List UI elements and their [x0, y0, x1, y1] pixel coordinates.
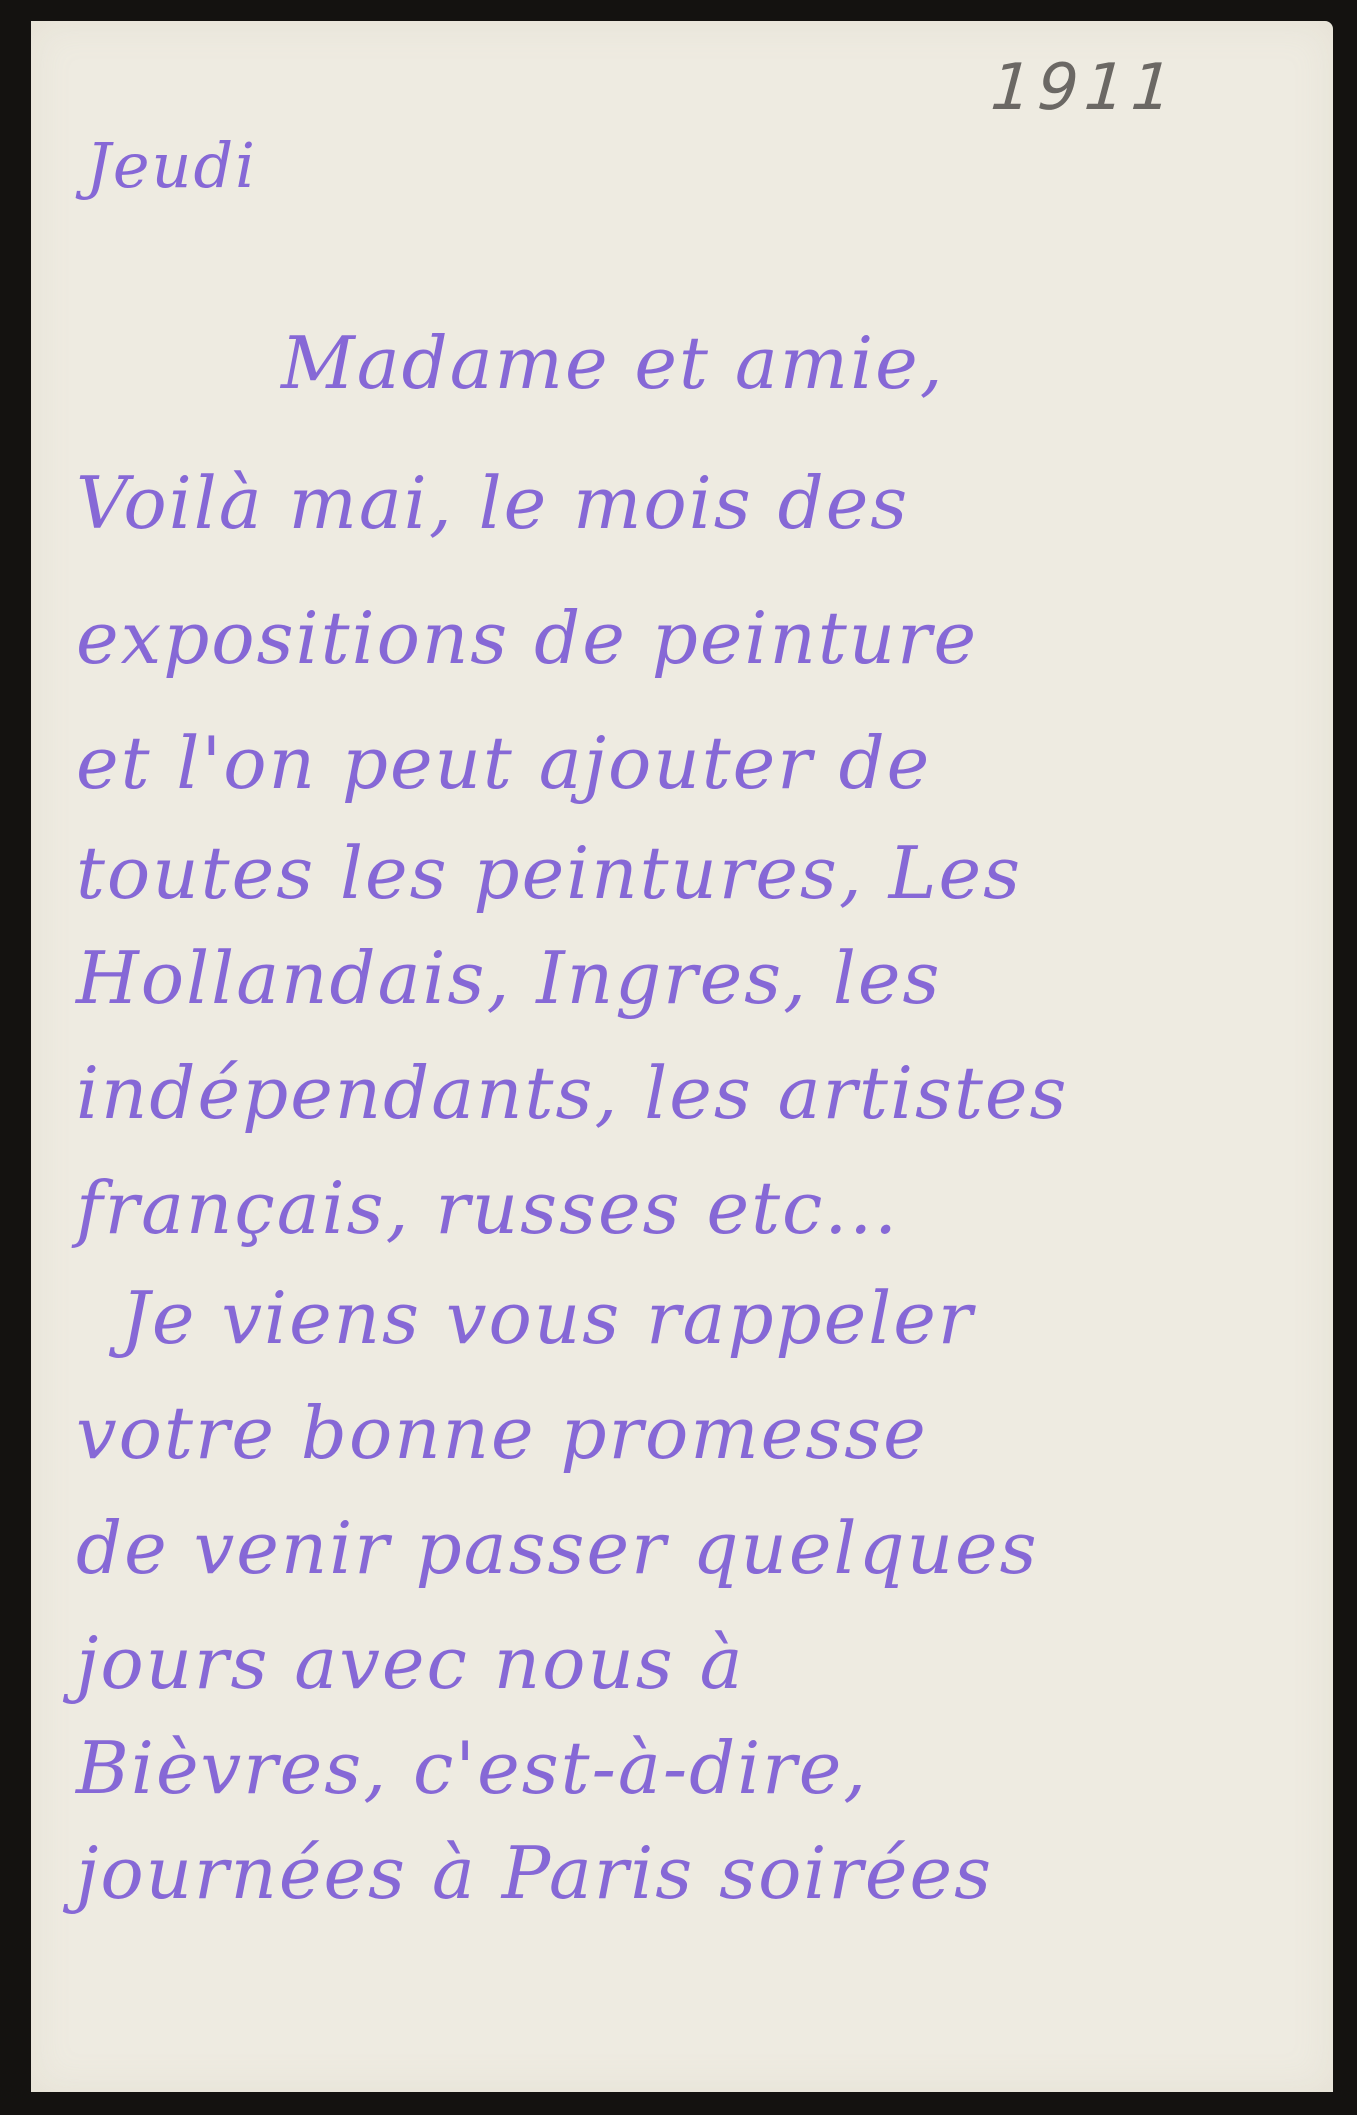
letter-line: et l'on peut ajouter de: [76, 721, 931, 805]
letter-line: Bièvres, c'est-à-dire,: [76, 1726, 868, 1810]
letter-line: Je viens vous rappeler: [121, 1276, 974, 1360]
letter-line: français, russes etc...: [76, 1166, 899, 1250]
letter-line: toutes les peintures, Les: [76, 831, 1022, 915]
letter-line: jours avec nous à: [76, 1621, 745, 1705]
letter-line: de venir passer quelques: [76, 1506, 1039, 1590]
letter-line: journées à Paris soirées: [76, 1831, 993, 1915]
letter-line: indépendants, les artistes: [76, 1051, 1068, 1135]
letter-line: Hollandais, Ingres, les: [76, 936, 942, 1020]
letter-line: Voilà mai, le mois des: [76, 461, 909, 545]
letter-page: 1911 Jeudi Madame et amie, Voilà mai, le…: [31, 21, 1333, 2092]
archive-number: 1911: [988, 51, 1180, 125]
letter-line: votre bonne promesse: [76, 1391, 928, 1475]
letter-day: Jeudi: [86, 129, 257, 202]
letter-line: expositions de peinture: [76, 596, 978, 680]
salutation: Madame et amie,: [281, 321, 945, 405]
